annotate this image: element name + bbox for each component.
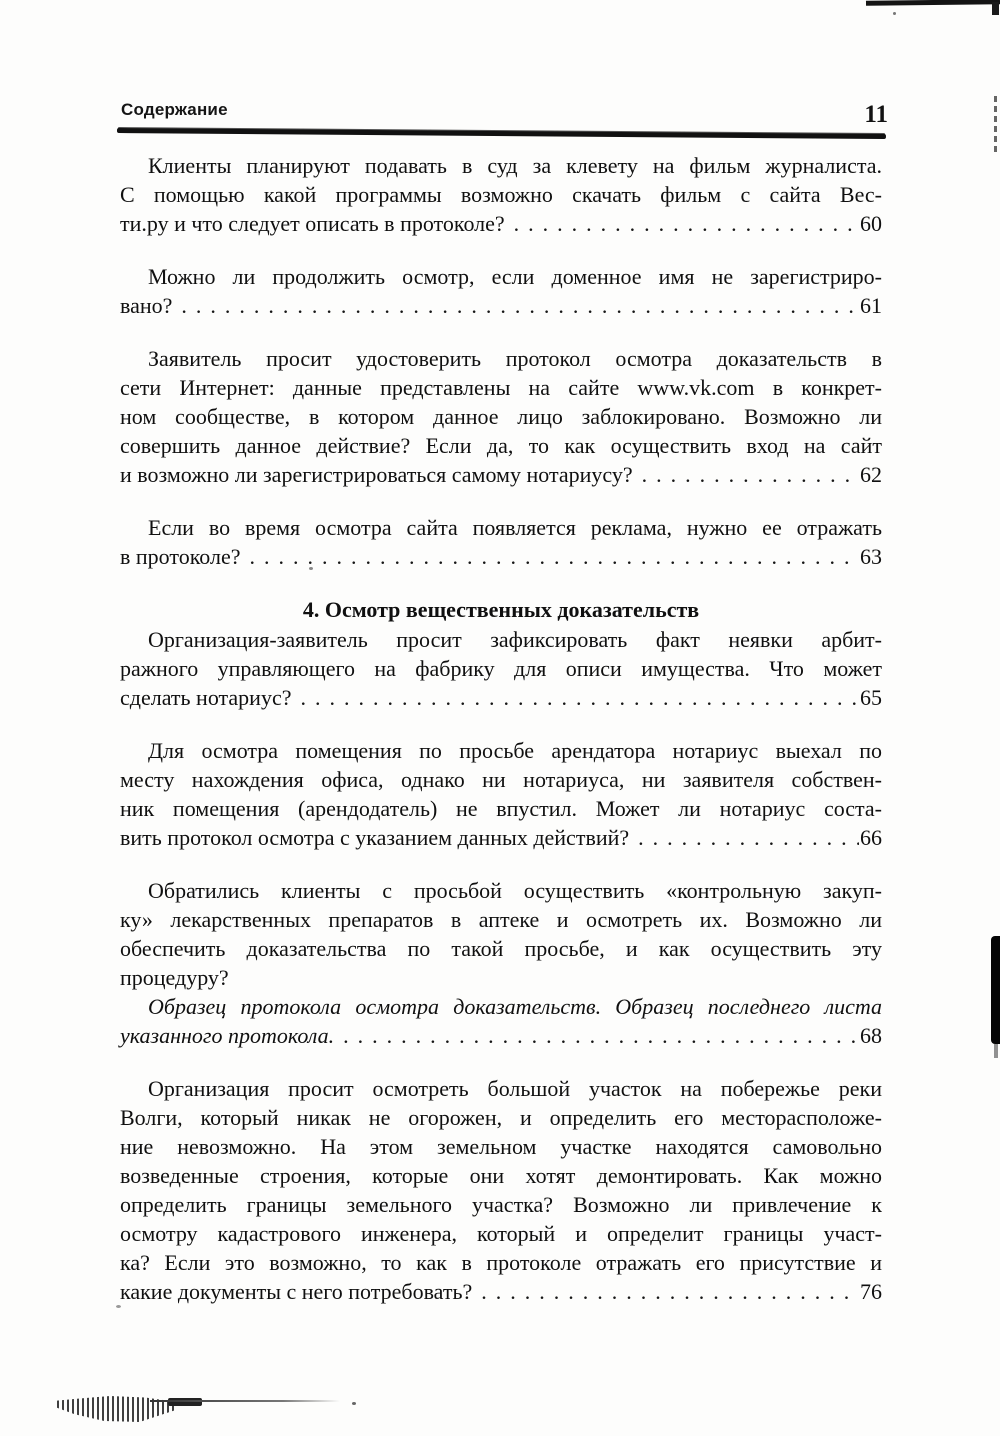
scan-artifact-top-corner <box>992 2 999 15</box>
toc-line: сети Интернет: данные представлены на са… <box>120 373 882 402</box>
toc-line: указанного протокола.68 <box>120 1021 882 1050</box>
scan-artifact-bottom-dot <box>352 1402 356 1405</box>
toc-line: совершить данное действие? Если да, то к… <box>120 431 882 460</box>
toc-line: процедуру? <box>120 963 882 992</box>
toc-line-text: и возможно ли зарегистрироваться самому … <box>120 460 633 489</box>
dot-leader <box>633 460 859 489</box>
toc-entry: Заявитель просит удостоверить протокол о… <box>120 344 882 489</box>
scan-artifact-top-edge <box>866 0 1000 6</box>
toc-line: месту нахождения офиса, однако ни нотари… <box>120 765 882 794</box>
toc-line: ние невозможно. На этом земельном участк… <box>120 1132 882 1161</box>
scan-artifact-right-edge <box>994 96 997 152</box>
toc-line: Обратились клиенты с просьбой осуществит… <box>120 876 882 905</box>
scan-speck <box>893 12 896 15</box>
toc-line: Клиенты планируют подавать в суд за клев… <box>120 151 882 180</box>
toc-entry: Организация-заявитель просит зафиксирова… <box>120 625 882 712</box>
dot-leader <box>334 1021 859 1050</box>
dot-leader <box>291 683 859 712</box>
toc-entry: Обратились клиенты с просьбой осуществит… <box>120 876 882 1050</box>
toc-entries: Клиенты планируют подавать в суд за клев… <box>120 151 882 1330</box>
section-heading: 4. Осмотр вещественных доказательств <box>120 595 882 624</box>
toc-entry: Можно ли продолжить осмотр, если доменно… <box>120 262 882 320</box>
header-rule <box>117 128 886 139</box>
toc-entry: Организация просит осмотреть большой уча… <box>120 1074 882 1306</box>
toc-line: какие документы с него потребовать?76 <box>120 1277 882 1306</box>
toc-page-ref: 76 <box>860 1277 882 1306</box>
toc-page-ref: 63 <box>860 542 882 571</box>
toc-line: вано?61 <box>120 291 882 320</box>
toc-line-text: вить протокол осмотра с указанием данных… <box>120 823 629 852</box>
toc-line-text: в протоколе? <box>120 542 240 571</box>
scanned-book-page: Содержание 11 Клиенты планируют подавать… <box>0 0 1000 1436</box>
toc-entry: Клиенты планируют подавать в суд за клев… <box>120 151 882 238</box>
toc-line: Организация просит осмотреть большой уча… <box>120 1074 882 1103</box>
toc-line: и возможно ли зарегистрироваться самому … <box>120 460 882 489</box>
toc-line-text: ти.ру и что следует описать в протоколе? <box>120 209 505 238</box>
toc-line-text: вано? <box>120 291 172 320</box>
toc-page-ref: 68 <box>860 1021 882 1050</box>
scan-speck <box>309 567 313 570</box>
dot-leader <box>472 1277 859 1306</box>
toc-line: Заявитель просит удостоверить протокол о… <box>120 344 882 373</box>
toc-line: Образец протокола осмотра доказательств.… <box>120 992 882 1021</box>
scan-artifact-right-blob <box>991 936 1000 1044</box>
toc-line: обеспечить доказательства по такой прось… <box>120 934 882 963</box>
toc-line: ражного управляющего на фабрику для опис… <box>120 654 882 683</box>
toc-line: С помощью какой программы возможно скача… <box>120 180 882 209</box>
toc-line: Для осмотра помещения по просьбе арендат… <box>120 736 882 765</box>
page-number: 11 <box>864 101 888 129</box>
toc-line: ник помещения (арендодатель) не впустил.… <box>120 794 882 823</box>
toc-page-ref: 66 <box>860 823 882 852</box>
toc-page-ref: 65 <box>860 683 882 712</box>
running-title: Содержание <box>121 100 228 120</box>
toc-line: ка? Если это возможно, то как в протокол… <box>120 1248 882 1277</box>
toc-line: в протоколе?63 <box>120 542 882 571</box>
toc-line: вить протокол осмотра с указанием данных… <box>120 823 882 852</box>
toc-line: Можно ли продолжить осмотр, если доменно… <box>120 262 882 291</box>
toc-line: ку» лекарственных препаратов в аптеке и … <box>120 905 882 934</box>
dot-leader <box>505 209 859 238</box>
dot-leader <box>172 291 859 320</box>
toc-line: Если во время осмотра сайта появляется р… <box>120 513 882 542</box>
toc-line: ти.ру и что следует описать в протоколе?… <box>120 209 882 238</box>
toc-line: сделать нотариус?65 <box>120 683 882 712</box>
toc-line: Организация-заявитель просит зафиксирова… <box>120 625 882 654</box>
toc-line-text: указанного протокола. <box>120 1021 334 1050</box>
scan-artifact-bottom-line <box>150 1400 340 1402</box>
dot-leader <box>629 823 859 852</box>
toc-entry: Для осмотра помещения по просьбе арендат… <box>120 736 882 852</box>
toc-line: ном сообществе, в котором данное лицо за… <box>120 402 882 431</box>
toc-line: определить границы земельного участка? В… <box>120 1190 882 1219</box>
scan-speck <box>116 1305 121 1308</box>
toc-line: Волги, который никак не огорожен, и опре… <box>120 1103 882 1132</box>
dot-leader <box>240 542 859 571</box>
toc-page-ref: 60 <box>860 209 882 238</box>
toc-line-text: сделать нотариус? <box>120 683 291 712</box>
scan-artifact-right-blob-tail <box>994 1044 998 1058</box>
toc-entry: Если во время осмотра сайта появляется р… <box>120 513 882 571</box>
toc-line: осмотру кадастрового инженера, который и… <box>120 1219 882 1248</box>
toc-page-ref: 62 <box>860 460 882 489</box>
toc-page-ref: 61 <box>860 291 882 320</box>
toc-line: возведенные строения, которые они хотят … <box>120 1161 882 1190</box>
toc-line-text: какие документы с него потребовать? <box>120 1277 472 1306</box>
